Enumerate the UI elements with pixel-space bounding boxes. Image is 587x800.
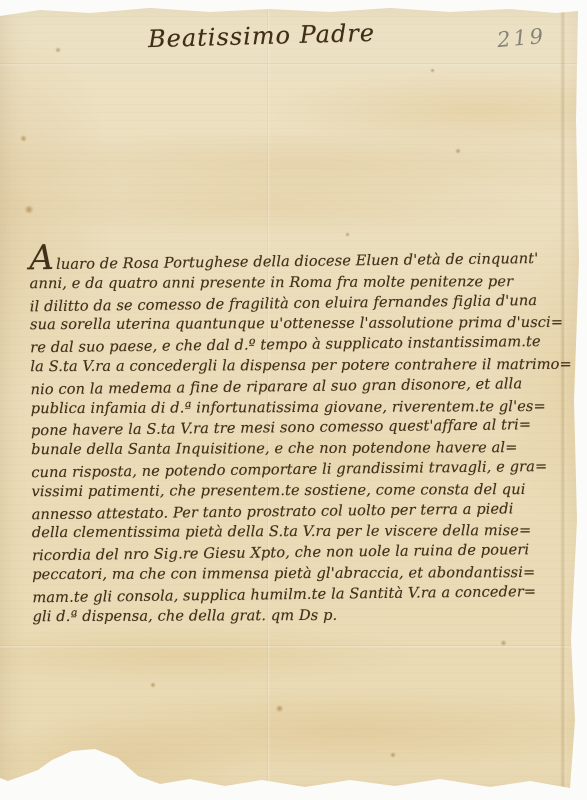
- foxing-spot: [24, 205, 34, 214]
- letter-salutation: Beatissimo Padre: [148, 19, 376, 53]
- foxing-spot: [150, 682, 156, 688]
- scan-background: Beatissimo Padre 219 Aluaro de Rosa Port…: [0, 0, 587, 800]
- foxing-spot: [500, 640, 507, 646]
- manuscript-paper: Beatissimo Padre 219 Aluaro de Rosa Port…: [0, 0, 587, 800]
- foxing-spot: [390, 752, 396, 758]
- horizontal-crease-top: [0, 63, 578, 66]
- foxing-spot: [455, 148, 461, 154]
- foxing-spot: [430, 68, 435, 73]
- letter-body: Aluaro de Rosa Portughese della diocese …: [29, 246, 564, 629]
- manuscript-line: gli d.ª dispensa, che della grat. qm Ds …: [33, 604, 565, 627]
- horizontal-crease-bottom: [0, 645, 578, 648]
- foxing-spot: [55, 47, 61, 53]
- foxing-spot: [275, 705, 284, 712]
- foxing-spot: [20, 135, 27, 142]
- page-number-pencil: 219: [496, 24, 547, 52]
- foxing-spot: [345, 232, 350, 237]
